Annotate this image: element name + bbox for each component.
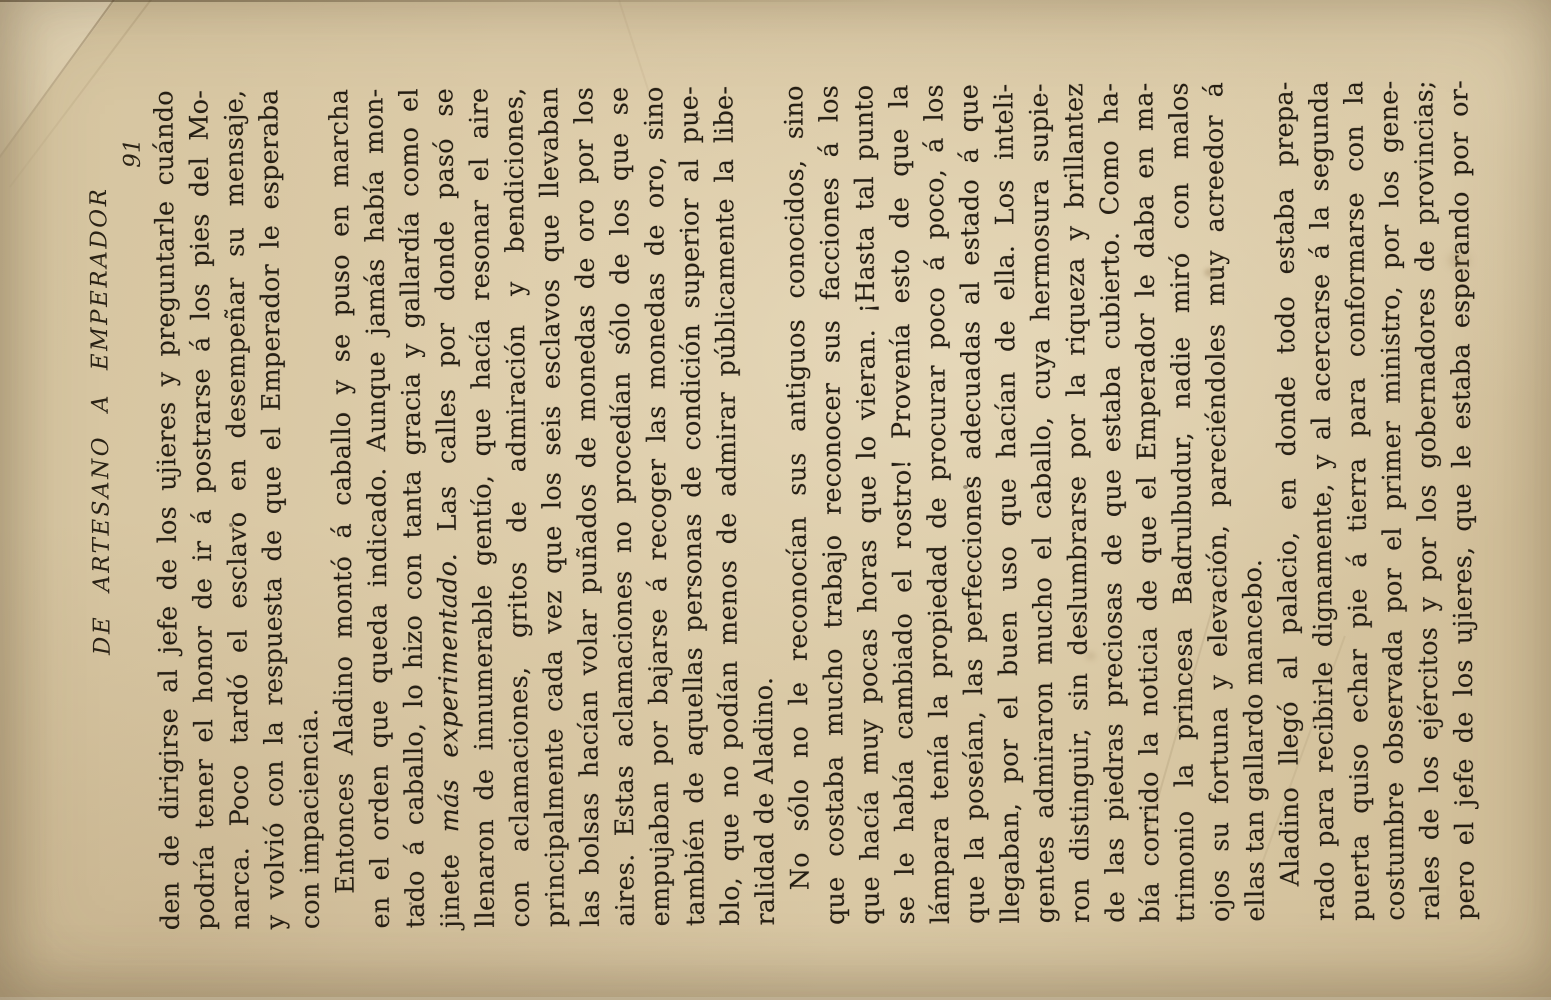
text-line: aires. Estas aclamaciones no procedían s… xyxy=(602,86,644,926)
text-line: tado á caballo, lo hizo con tanta gracia… xyxy=(392,88,434,928)
running-header: DE ARTESANO A EMPERADOR 91 xyxy=(85,90,122,930)
text-line: que costaba mucho trabajo reconocer sus … xyxy=(812,84,854,924)
text-run: se le había cambiado el rostro! Provenía… xyxy=(884,84,921,924)
text-line: bía corrido la noticia de que el Emperad… xyxy=(1127,82,1169,922)
text-line: principalmente cada vez que los seis esc… xyxy=(532,87,574,927)
text-line: y volvió con la respuesta de que el Empe… xyxy=(252,89,294,929)
text-run: podría tener el honor de ir á postrarse … xyxy=(184,89,221,929)
text-run: blo, que no podían menos de admirar públ… xyxy=(709,85,746,925)
text-run: aires. Estas aclamaciones no procedían s… xyxy=(604,86,641,926)
text-line: empujaban por bajarse á recoger las mone… xyxy=(637,86,679,926)
text-line: las bolsas hacían volar puñados de moned… xyxy=(567,86,609,926)
text-run: que hacía muy pocas horas que lo vieran.… xyxy=(849,84,886,924)
text-run: Aladino llegó al palacio, en donde todo … xyxy=(1269,81,1305,886)
text-line: rales de los ejércitos y por los goberna… xyxy=(1407,80,1449,920)
scanned-book-page: DE ARTESANO A EMPERADOR 91 den de dirigi… xyxy=(0,0,1551,1000)
text-run: con impaciencia. xyxy=(294,708,326,929)
text-line: jinete más experimentado. Las calles por… xyxy=(427,87,469,927)
text-run: que costaba mucho trabajo reconocer sus … xyxy=(814,84,851,924)
text-line: den de dirigirse al jefe de los ujieres … xyxy=(147,90,189,930)
text-run: No sólo no le reconocían sus antiguos co… xyxy=(779,85,815,890)
text-run: que la poseían, las perfecciones adecuad… xyxy=(954,83,991,923)
text-line: ojos su fortuna y elevación, pareciéndol… xyxy=(1197,81,1239,921)
text-line: narca. Poco tardó el esclavo en desempeñ… xyxy=(217,89,259,929)
text-run: tado á caballo, lo hizo con tanta gracia… xyxy=(394,88,431,928)
text-run: Las calles por donde pasó se xyxy=(429,87,463,552)
text-line: podría tener el honor de ir á postrarse … xyxy=(182,89,224,929)
text-line: Entonces Aladino montó á caballo y se pu… xyxy=(322,88,364,928)
text-line: con impaciencia. xyxy=(287,89,329,929)
book-page: DE ARTESANO A EMPERADOR 91 den de dirigi… xyxy=(0,0,1551,1000)
text-run: gentes admiraron mucho el caballo, cuya … xyxy=(1024,83,1061,923)
running-header-title: DE ARTESANO A EMPERADOR xyxy=(86,186,116,655)
text-line: lámpara tenía la propiedad de procurar p… xyxy=(917,84,959,924)
text-run: narca. Poco tardó el esclavo en desempeñ… xyxy=(219,89,256,929)
text-line: Aladino llegó al palacio, en donde todo … xyxy=(1267,81,1309,921)
text-run: ralidad de Aladino. xyxy=(748,676,780,925)
text-line: también de aquellas personas de condició… xyxy=(672,86,714,926)
text-line: con aclamaciones, gritos de admiración y… xyxy=(497,87,539,927)
text-line: ron distinguir, sin deslumbrarse por la … xyxy=(1057,83,1099,923)
text-run: den de dirigirse al jefe de los ujieres … xyxy=(149,90,186,930)
text-line: de las piedras preciosas de que estaba c… xyxy=(1092,82,1134,922)
text-line: llenaron de innumerable gentío, que hací… xyxy=(462,87,504,927)
text-run: de las piedras preciosas de que estaba c… xyxy=(1094,82,1131,922)
text-run: con aclamaciones, gritos de admiración y… xyxy=(499,87,536,927)
text-line: que hacía muy pocas horas que lo vieran.… xyxy=(847,84,889,924)
text-line: pero el jefe de los ujieres, que le esta… xyxy=(1442,79,1484,919)
text-run: jinete xyxy=(435,832,466,928)
text-run: ellas tan gallardo mancebo. xyxy=(1237,558,1270,921)
text-run: costumbre observada por el primer minist… xyxy=(1374,80,1411,920)
text-line: puerta quiso echar pie á tierra para con… xyxy=(1337,80,1379,920)
page-number: 91 xyxy=(119,138,145,167)
text-line: trimonio la princesa Badrulbudur, nadie … xyxy=(1162,82,1204,922)
text-run: trimonio la princesa Badrulbudur, nadie … xyxy=(1164,82,1201,922)
text-line: No sólo no le reconocían sus antiguos co… xyxy=(777,85,819,925)
page-text-body: den de dirigirse al jefe de los ujieres … xyxy=(147,79,1484,929)
text-line: que la poseían, las perfecciones adecuad… xyxy=(952,83,994,923)
text-run: ojos su fortuna y elevación, pareciéndol… xyxy=(1199,81,1236,921)
text-run: lámpara tenía la propiedad de procurar p… xyxy=(919,84,956,924)
text-line: llegaban, por el buen uso que hacían de … xyxy=(987,83,1029,923)
text-run: empujaban por bajarse á recoger las mone… xyxy=(639,86,676,926)
text-run: llenaron de innumerable gentío, que hací… xyxy=(464,87,501,927)
text-line: ralidad de Aladino. xyxy=(742,85,784,925)
text-run: más experimentado. xyxy=(432,553,464,832)
text-line: en el orden que queda indicado. Aunque j… xyxy=(357,88,399,928)
text-run: ron distinguir, sin deslumbrarse por la … xyxy=(1059,83,1096,923)
text-run: principalmente cada vez que los seis esc… xyxy=(534,87,571,927)
text-run: rado para recibirle dignamente, y al ace… xyxy=(1304,81,1341,921)
text-line: blo, que no podían menos de admirar públ… xyxy=(707,85,749,925)
text-run: y volvió con la respuesta de que el Empe… xyxy=(254,89,291,929)
text-line: gentes admiraron mucho el caballo, cuya … xyxy=(1022,83,1064,923)
text-run: bía corrido la noticia de que el Emperad… xyxy=(1129,82,1166,922)
text-run: en el orden que queda indicado. Aunque j… xyxy=(359,88,396,928)
text-line: rado para recibirle dignamente, y al ace… xyxy=(1302,81,1344,921)
text-run: Entonces Aladino montó á caballo y se pu… xyxy=(324,88,360,893)
text-run: puerta quiso echar pie á tierra para con… xyxy=(1339,80,1376,920)
text-run: también de aquellas personas de condició… xyxy=(674,86,711,926)
text-line: costumbre observada por el primer minist… xyxy=(1372,80,1414,920)
text-run: pero el jefe de los ujieres, que le esta… xyxy=(1444,80,1481,920)
text-line: se le había cambiado el rostro! Provenía… xyxy=(882,84,924,924)
text-line: ellas tan gallardo mancebo. xyxy=(1232,81,1274,921)
text-run: llegaban, por el buen uso que hacían de … xyxy=(989,83,1026,923)
text-run: rales de los ejércitos y por los goberna… xyxy=(1409,80,1446,920)
text-run: las bolsas hacían volar puñados de moned… xyxy=(569,86,606,926)
